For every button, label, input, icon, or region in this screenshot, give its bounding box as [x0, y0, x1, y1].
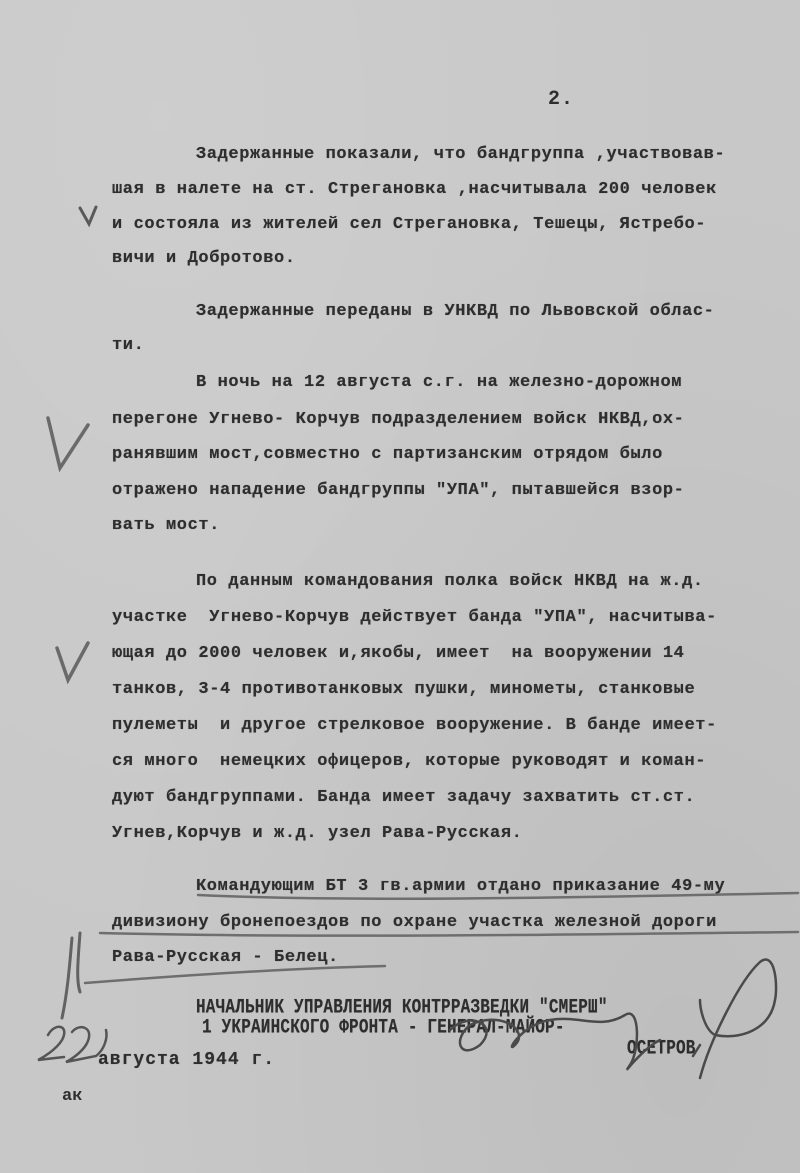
text-line: дивизиону бронепоездов по охране участка…	[112, 913, 717, 933]
text-line: вать мост.	[112, 516, 220, 536]
text-line: ранявшим мост,совместно с партизанским о…	[112, 445, 663, 465]
handwritten-day-icon	[38, 1027, 107, 1062]
text-line: отражено нападение бандгруппы "УПА", пыт…	[112, 481, 685, 501]
text-line: В ночь на 12 августа с.г. на железно-дор…	[196, 373, 682, 393]
text-line: участке Угнево-Корчув действует банда "У…	[112, 608, 717, 628]
text-line: Угнев,Корчув и ж.д. узел Рава-Русская.	[112, 824, 522, 844]
text-line: вичи и Добротово.	[112, 249, 296, 269]
document-date: августа 1944 г.	[98, 1050, 275, 1070]
signature-title-line-2: 1 УКРАИНСКОГО ФРОНТА - ГЕНЕРАЛ-МАЙОР-	[202, 1016, 565, 1039]
text-line: По данным командования полка войск НКВД …	[196, 572, 704, 592]
signatory-name: ОСЕТРОВ	[627, 1037, 696, 1060]
underline-marks-icon	[85, 893, 798, 983]
check-mark-icon	[48, 418, 88, 468]
check-mark-icon	[57, 643, 88, 680]
typist-initials: ак	[62, 1087, 82, 1106]
text-line: перегоне Угнево- Корчув подразделением в…	[112, 410, 685, 430]
text-line: ющая до 2000 человек и,якобы, имеет на в…	[112, 644, 685, 664]
scanned-document-page: 2. Задержанные показали, что бандгруппа …	[0, 0, 800, 1173]
text-line: дуют бандгруппами. Банда имеет задачу за…	[112, 788, 695, 808]
text-line: Задержанные показали, что бандгруппа ,уч…	[196, 145, 725, 165]
text-line: Командующим БТ 3 гв.армии отдано приказа…	[196, 877, 725, 897]
text-line: танков, 3-4 противотанковых пушки, мином…	[112, 680, 695, 700]
text-line: шая в налете на ст. Стрегановка ,насчиты…	[112, 180, 717, 200]
text-line: Задержанные переданы в УНКВД по Львовско…	[196, 302, 714, 322]
text-line: и состояла из жителей сел Стрегановка, Т…	[112, 215, 706, 235]
text-line: ся много немецких офицеров, которые руко…	[112, 752, 706, 772]
text-line: пулеметы и другое стрелковое вооружение.…	[112, 716, 717, 736]
margin-double-line-icon	[62, 933, 80, 1018]
text-line: ти.	[112, 336, 144, 356]
text-line: Рава-Русская - Белец.	[112, 948, 339, 968]
page-number: 2.	[548, 88, 574, 111]
check-mark-icon	[80, 207, 96, 224]
